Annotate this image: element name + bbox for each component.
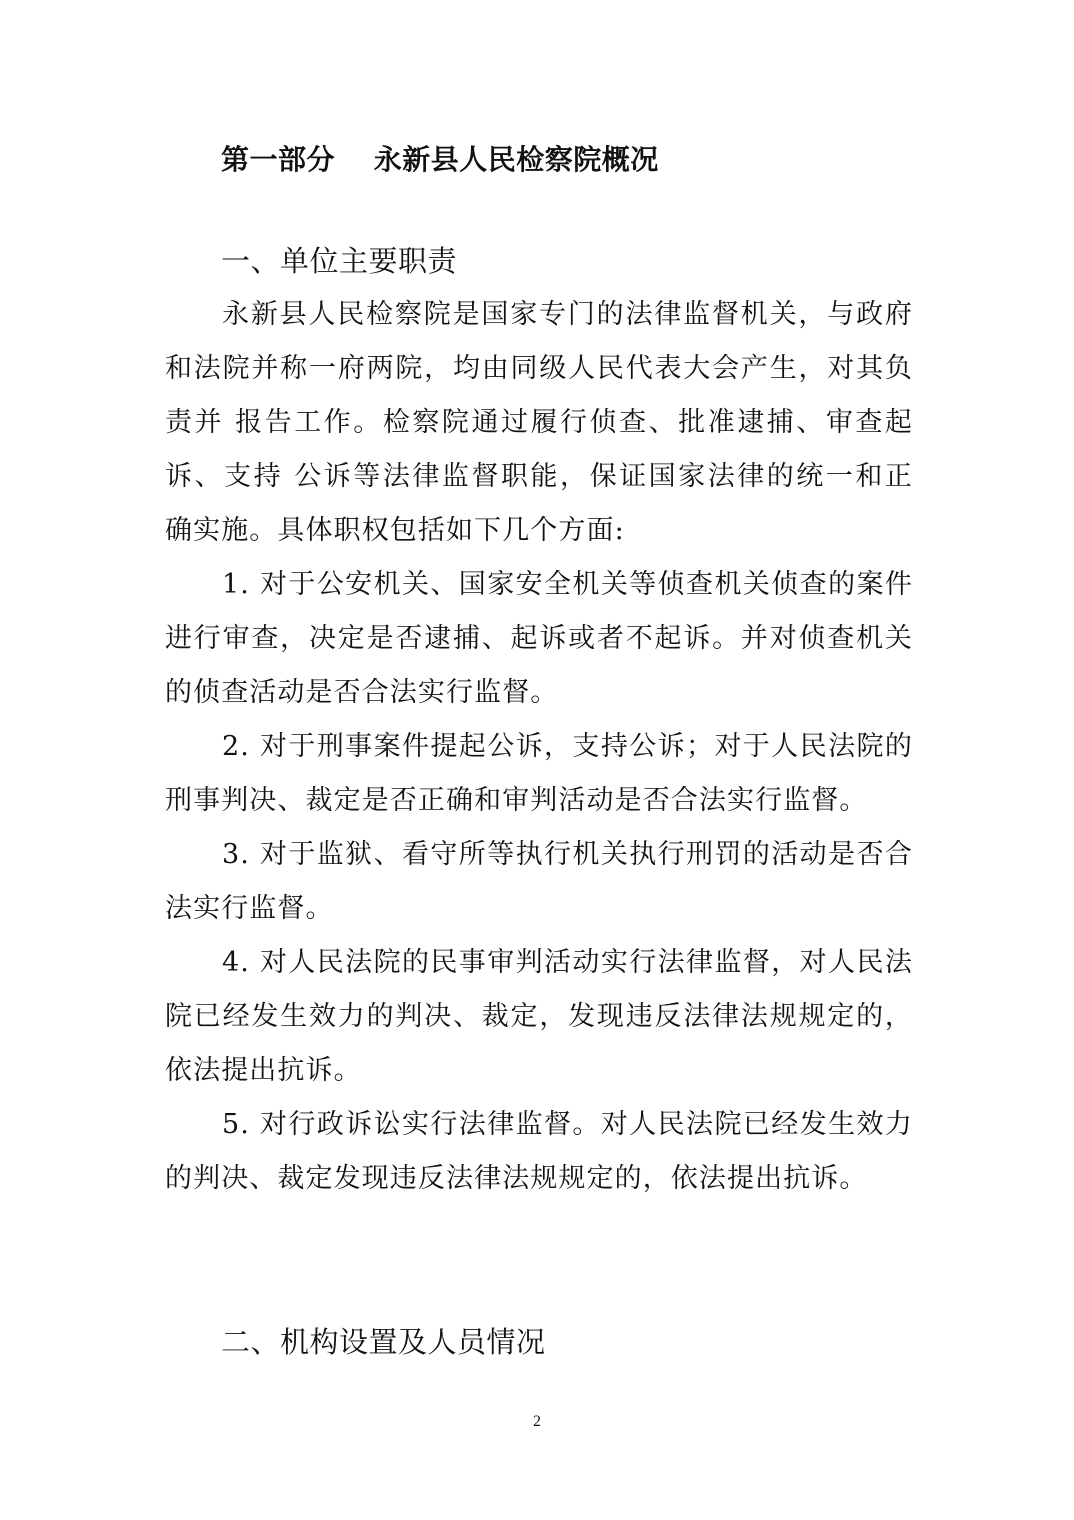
part-title: 第一部分 永新县人民检察院概况 bbox=[221, 142, 659, 178]
text-line: 和法院并称一府两院，均由同级人民代表大会产生，对其负 bbox=[165, 352, 913, 386]
text-line: 进行审查，决定是否逮捕、起诉或者不起诉。并对侦查机关 bbox=[165, 622, 913, 656]
section-heading-responsibilities: 一、单位主要职责 bbox=[221, 243, 457, 279]
text-line: 院已经发生效力的判决、裁定，发现违反法律法规规定的， bbox=[165, 1000, 913, 1034]
document-page: 第一部分 永新县人民检察院概况 一、单位主要职责 永新县人民检察院是国家专门的法… bbox=[0, 0, 1074, 1520]
text-line: 诉、支持 公诉等法律监督职能，保证国家法律的统一和正 bbox=[165, 460, 913, 494]
text-line: 2. 对于刑事案件提起公诉，支持公诉；对于人民法院的 bbox=[222, 730, 913, 764]
page-number: 2 bbox=[0, 1412, 1074, 1432]
text-line: 1. 对于公安机关、国家安全机关等侦查机关侦查的案件 bbox=[222, 568, 913, 602]
text-line: 永新县人民检察院是国家专门的法律监督机关，与政府 bbox=[222, 298, 913, 332]
text-line: 责并 报告工作。检察院通过履行侦查、批准逮捕、审查起 bbox=[165, 406, 913, 440]
text-line: 确实施。具体职权包括如下几个方面: bbox=[165, 514, 913, 548]
text-line: 的判决、裁定发现违反法律法规规定的，依法提出抗诉。 bbox=[165, 1162, 913, 1196]
text-line: 法实行监督。 bbox=[165, 892, 913, 926]
text-line: 依法提出抗诉。 bbox=[165, 1054, 913, 1088]
section-heading-organization: 二、机构设置及人员情况 bbox=[221, 1324, 546, 1360]
text-line: 3. 对于监狱、看守所等执行机关执行刑罚的活动是否合 bbox=[222, 838, 913, 872]
text-line: 5. 对行政诉讼实行法律监督。对人民法院已经发生效力 bbox=[222, 1108, 913, 1142]
text-line: 4. 对人民法院的民事审判活动实行法律监督，对人民法 bbox=[222, 946, 913, 980]
text-line: 的侦查活动是否合法实行监督。 bbox=[165, 676, 913, 710]
text-line: 刑事判决、裁定是否正确和审判活动是否合法实行监督。 bbox=[165, 784, 913, 818]
